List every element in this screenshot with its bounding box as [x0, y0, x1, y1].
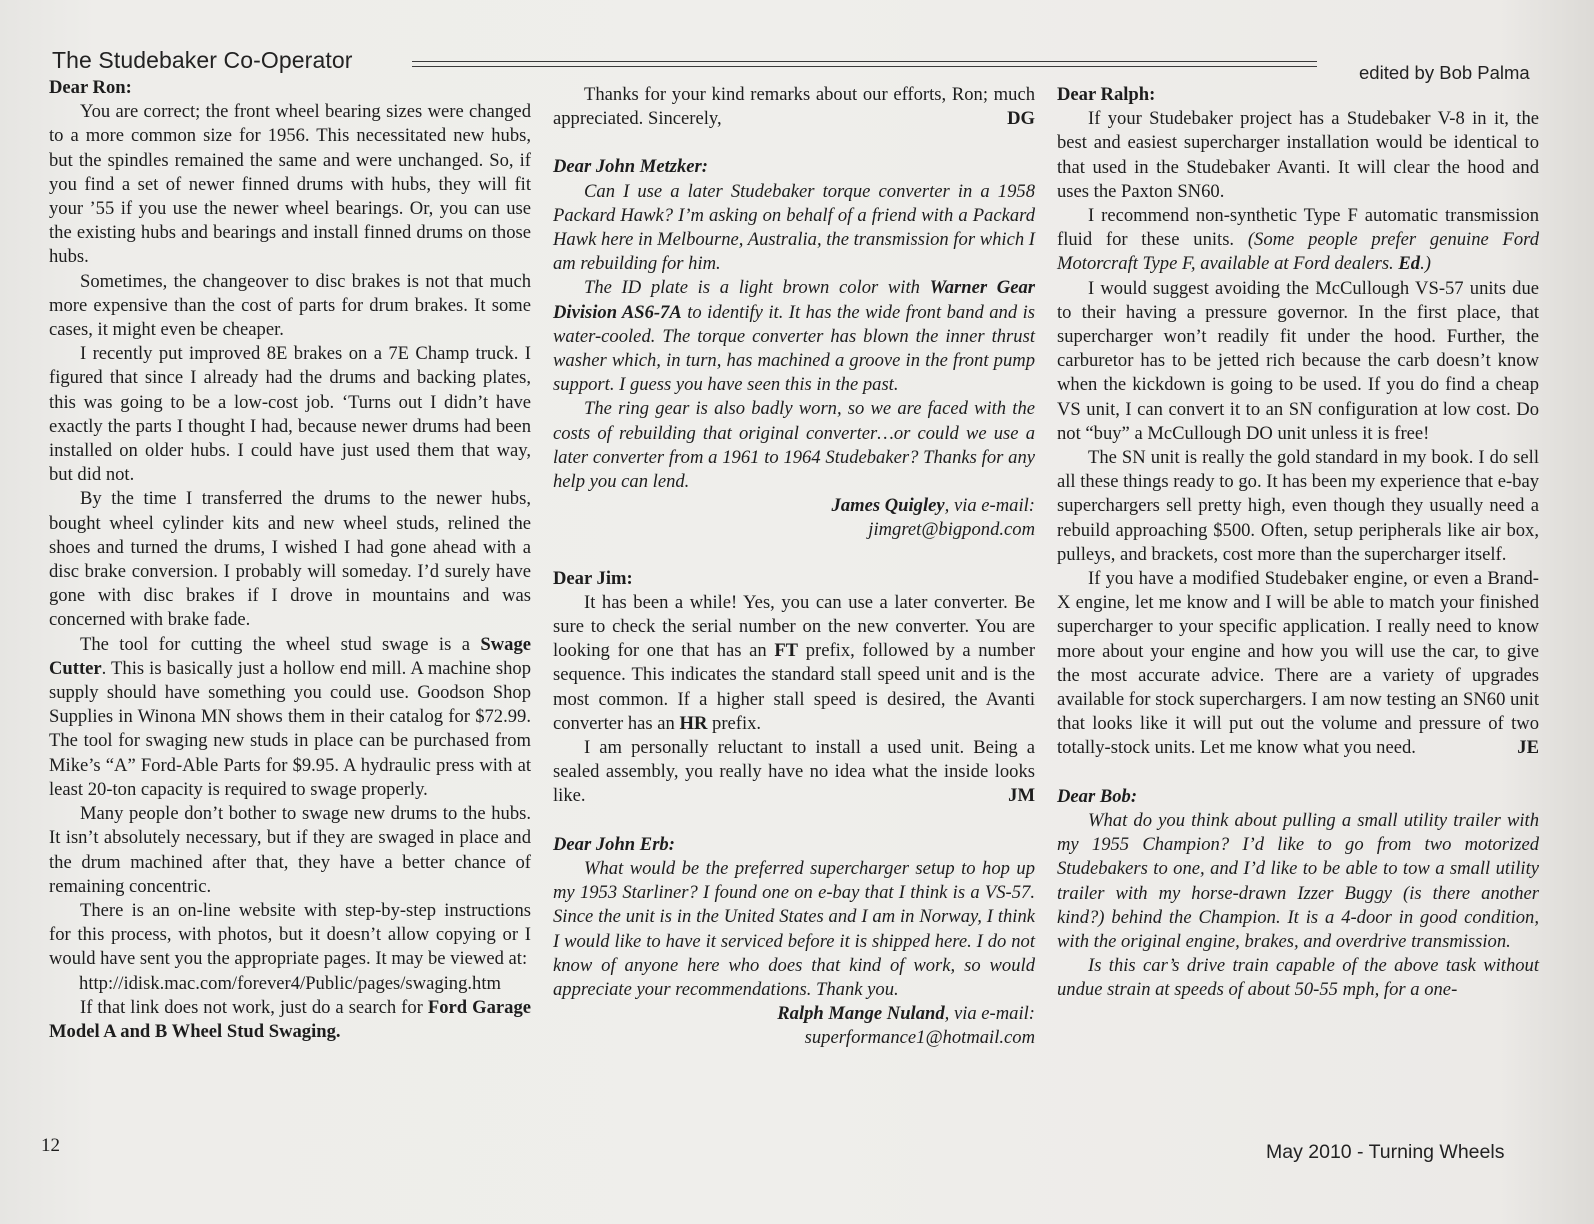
- paragraph: If that link does not work, just do a se…: [49, 996, 531, 1044]
- salutation-dear-john-erb: Dear John Erb:: [553, 833, 1035, 857]
- paragraph: Sometimes, the changeover to disc brakes…: [49, 270, 531, 343]
- paragraph: What would be the preferred supercharger…: [553, 857, 1035, 1002]
- paragraph: By the time I transferred the drums to t…: [49, 487, 531, 632]
- text: The tool for cutting the wheel stud swag…: [80, 634, 480, 655]
- salutation-dear-jim: Dear Jim:: [553, 567, 1035, 591]
- salutation-dear-ralph: Dear Ralph:: [1057, 83, 1539, 107]
- initials: DG: [976, 107, 1035, 131]
- salutation-dear-ron: Dear Ron:: [49, 76, 531, 100]
- paragraph: The tool for cutting the wheel stud swag…: [49, 633, 531, 802]
- paragraph: There is an on-line website with step-by…: [49, 899, 531, 972]
- paragraph: If you have a modified Studebaker engine…: [1057, 567, 1539, 761]
- swaging-url-link[interactable]: http://idisk.mac.com/forever4/Public/pag…: [49, 972, 531, 996]
- paragraph: Is this car’s drive train capable of the…: [1057, 954, 1539, 1002]
- bold-term: FT: [774, 640, 798, 661]
- email-address[interactable]: jimgret@bigpond.com: [553, 518, 1035, 542]
- magazine-page: The Studebaker Co-Operator edited by Bob…: [0, 0, 1594, 1224]
- column-1: Dear Ron: You are correct; the front whe…: [49, 76, 531, 1044]
- text: prefix.: [707, 713, 761, 734]
- text: The ID plate is a light brown color with: [584, 277, 930, 298]
- column-title: The Studebaker Co-Operator: [52, 47, 352, 74]
- closing-paragraph: Thanks for your kind remarks about our e…: [553, 83, 1035, 131]
- text: . This is basically just a hollow end mi…: [49, 658, 531, 800]
- signature: Ralph Mange Nuland, via e-mail:: [553, 1002, 1035, 1026]
- initials: JE: [1486, 736, 1539, 760]
- text: , via e-mail:: [945, 495, 1035, 516]
- issue-label: May 2010 - Turning Wheels: [1266, 1141, 1504, 1164]
- paragraph: The ID plate is a light brown color with…: [553, 276, 1035, 397]
- salutation-dear-bob: Dear Bob:: [1057, 785, 1539, 809]
- signature: James Quigley, via e-mail:: [553, 494, 1035, 518]
- text: If that link does not work, just do a se…: [80, 997, 428, 1018]
- paragraph: I recommend non-synthetic Type F automat…: [1057, 204, 1539, 277]
- column-3: Dear Ralph: If your Studebaker project h…: [1057, 83, 1539, 1003]
- text: If you have a modified Studebaker engine…: [1057, 568, 1539, 758]
- text: , via e-mail:: [945, 1003, 1035, 1024]
- text: Thanks for your kind remarks about our e…: [553, 84, 1035, 129]
- paragraph: Many people don’t bother to swage new dr…: [49, 802, 531, 899]
- paragraph: You are correct; the front wheel bearing…: [49, 100, 531, 269]
- paragraph: It has been a while! Yes, you can use a …: [553, 591, 1035, 736]
- text: I am personally reluctant to install a u…: [553, 737, 1035, 806]
- signer-name: Ralph Mange Nuland: [777, 1003, 944, 1024]
- paragraph: The ring gear is also badly worn, so we …: [553, 397, 1035, 494]
- paragraph: I am personally reluctant to install a u…: [553, 736, 1035, 809]
- text: .): [1420, 253, 1431, 274]
- column-2: Thanks for your kind remarks about our e…: [553, 83, 1035, 1051]
- paragraph: The SN unit is really the gold standard …: [1057, 446, 1539, 567]
- email-address[interactable]: superformance1@hotmail.com: [553, 1026, 1035, 1050]
- editor-mark: Ed: [1398, 253, 1420, 274]
- bold-term: HR: [679, 713, 707, 734]
- paragraph: I recently put improved 8E brakes on a 7…: [49, 342, 531, 487]
- paragraph: Can I use a later Studebaker torque conv…: [553, 180, 1035, 277]
- paragraph: If your Studebaker project has a Studeba…: [1057, 107, 1539, 204]
- header-double-rule: [412, 61, 1317, 67]
- salutation-dear-john-metzker: Dear John Metzker:: [553, 155, 1035, 179]
- signer-name: James Quigley: [832, 495, 945, 516]
- page-number: 12: [41, 1135, 60, 1157]
- editor-credit: edited by Bob Palma: [1359, 62, 1530, 84]
- paragraph: I would suggest avoiding the McCullough …: [1057, 277, 1539, 446]
- initials: JM: [977, 784, 1035, 808]
- paragraph: What do you think about pulling a small …: [1057, 809, 1539, 954]
